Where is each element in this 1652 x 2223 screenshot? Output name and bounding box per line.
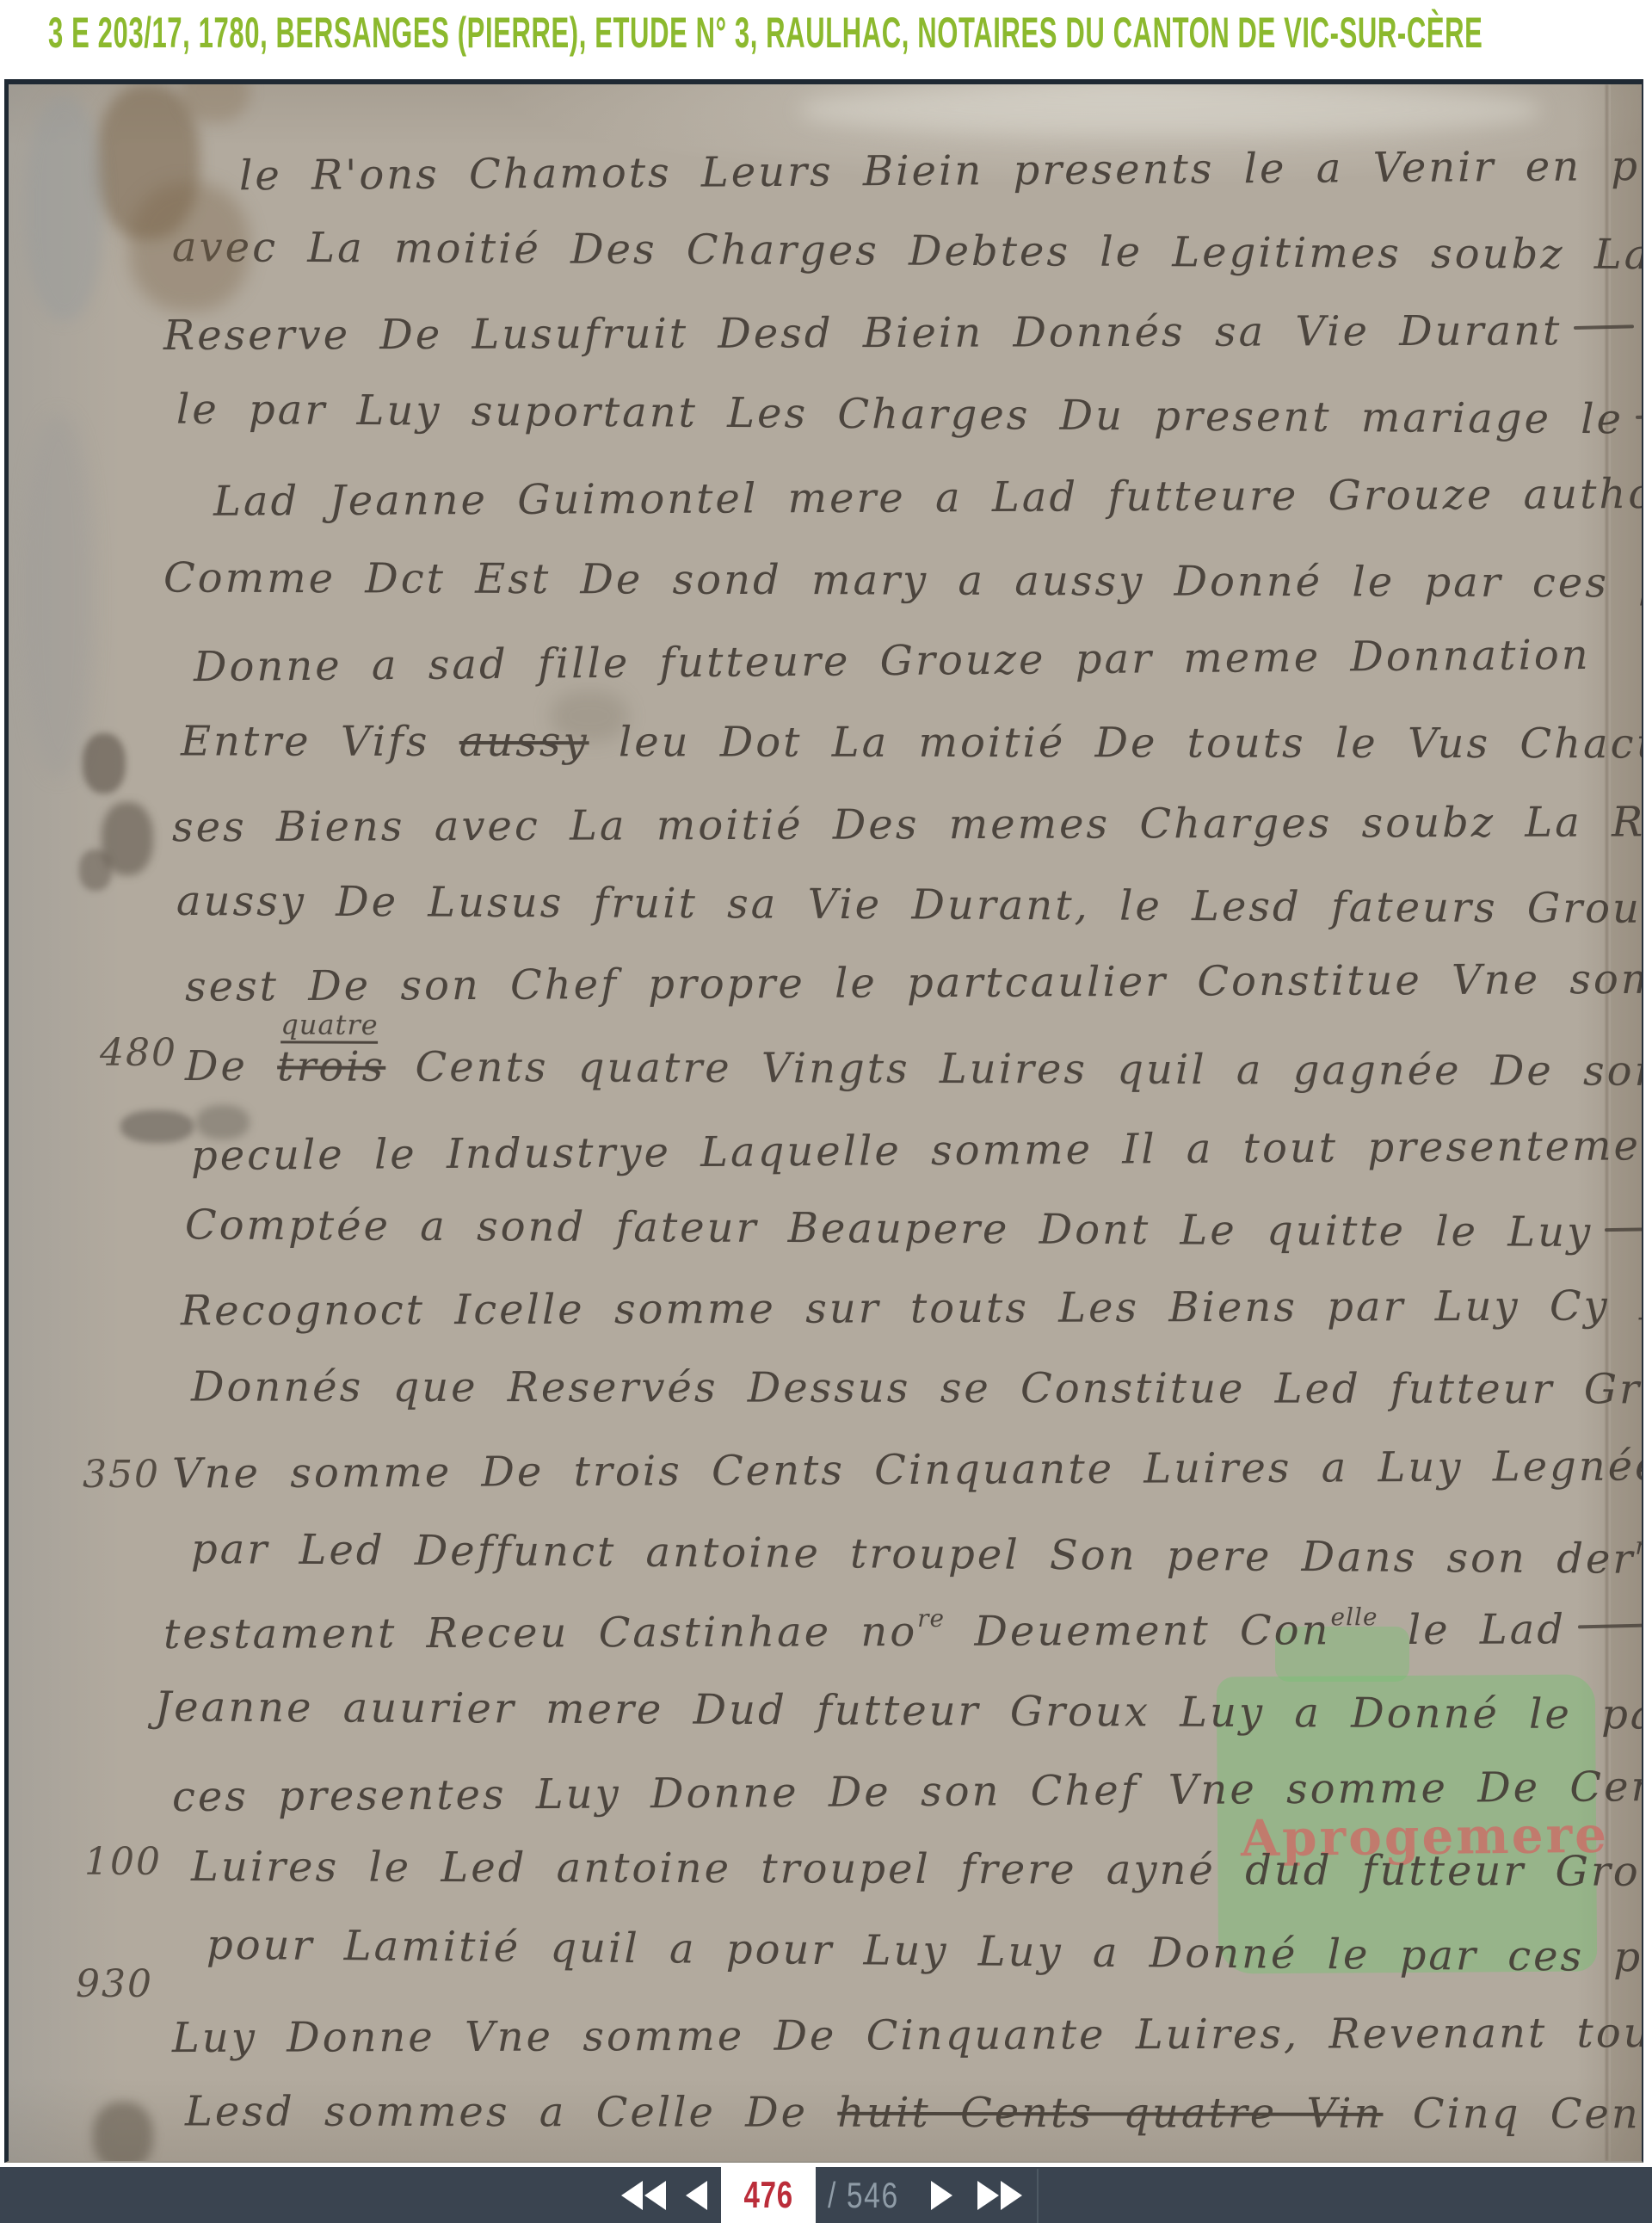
left-arrow-icon (686, 2181, 707, 2210)
manuscript-text: ces presentes Luy Donne De son Chef Vne … (172, 1763, 1642, 1821)
manuscript-text: Reserve De Lusufruit Desd Biein Donnés s… (163, 306, 1563, 360)
manuscript-line: Jeanne auurier mere Dud futteur Groux Lu… (155, 1683, 1642, 1738)
manuscript-text: De (185, 1042, 277, 1090)
manuscript-text: le Lad (1378, 1605, 1566, 1654)
manuscript-line: Recognoct Icelle somme sur touts Les Bie… (181, 1281, 1642, 1336)
manuscript-text: pecule le Industrye Laquelle somme Il a … (191, 1121, 1642, 1180)
double-right-arrow-icon (1001, 2181, 1022, 2210)
paper-stain (24, 415, 93, 776)
margin-amount: 350 (83, 1453, 160, 1497)
manuscript-line: testament Receu Castinhae nore Deuement … (163, 1602, 1642, 1658)
page-title: 3 E 203/17, 1780, BERSANGES (PIERRE), ET… (48, 8, 1482, 58)
current-page-value: 476 (743, 2174, 792, 2217)
first-page-button[interactable] (621, 2181, 666, 2210)
manuscript-line: Luires le Led antoine troupel frere ayné… (191, 1843, 1642, 1896)
manuscript-line: ces presentes Luy Donne De son Chef Vne … (172, 1763, 1642, 1821)
manuscript-line: ses Biens avec La moitié Des memes Charg… (172, 798, 1642, 852)
manuscript-text: trois (277, 1042, 385, 1090)
manuscript-text: Entre Vifs (181, 717, 459, 766)
paper-stain (26, 96, 103, 320)
manuscript-text: ses Biens avec La moitié Des memes Charg… (172, 798, 1642, 852)
manuscript-line: Comme Dct Est De sond mary a aussy Donné… (163, 554, 1642, 608)
pager-divider (1037, 2169, 1039, 2223)
document-scan[interactable]: Aprogemere le R'ons Chamots Leurs Biein … (9, 84, 1642, 2161)
manuscript-text: Donnés que Reservés Dessus se Constitue … (191, 1362, 1642, 1413)
last-page-button[interactable] (977, 2181, 1022, 2210)
line-flourish-dash (1605, 1226, 1642, 1232)
line-flourish-dash (1636, 414, 1642, 419)
manuscript-text: par Led Deffunct antoine troupel Son per… (191, 1525, 1636, 1584)
page-number-input[interactable]: 476 (721, 2167, 816, 2223)
paper-stain (800, 84, 1540, 136)
double-left-arrow-icon (621, 2181, 643, 2210)
image-viewer[interactable]: Aprogemere le R'ons Chamots Leurs Biein … (4, 79, 1643, 2163)
manuscript-text: Cents quatre Vingts Luires quil a gagnée… (385, 1043, 1642, 1096)
manuscript-line: par Led Deffunct antoine troupel Son per… (191, 1522, 1642, 1584)
manuscript-text: re (917, 1604, 945, 1633)
manuscript-text: sest De son Chef propre le partcaulier C… (185, 954, 1642, 1010)
margin-amount: 100 (84, 1840, 162, 1884)
manuscript-line: aussy De Lusus fruit sa Vie Durant, le L… (176, 877, 1642, 934)
manuscript-line: Donne a sad fille futteure Grouze par me… (194, 631, 1591, 691)
manuscript-line: Reserve De Lusufruit Desd Biein Donnés s… (163, 306, 1635, 360)
line-flourish-dash (1574, 324, 1634, 330)
manuscript-text: avec La moitié Des Charges Debtes le Leg… (172, 223, 1642, 279)
manuscript-text: Jeanne auurier mere Dud futteur Groux Lu… (155, 1683, 1642, 1738)
manuscript-line: Lad Jeanne Guimontel mere a Lad futteure… (213, 469, 1642, 525)
manuscript-line: Lesd sommes a Celle De huit Cents quatre… (185, 2087, 1642, 2138)
margin-amount: 930 (76, 1962, 153, 2006)
manuscript-line: Luy Donne Vne somme De Cinquante Luires,… (172, 2009, 1642, 2062)
manuscript-text: re (1635, 1532, 1642, 1560)
manuscript-line: Entre Vifs aussy leu Dot La moitié De to… (181, 717, 1642, 768)
manuscript-line: Donnés que Reservés Dessus se Constitue … (191, 1362, 1642, 1413)
manuscript-text: aussy (459, 718, 589, 766)
manuscript-text: Comme Dct Est De sond mary a aussy Donné… (163, 554, 1642, 608)
manuscript-text: huit Cents quatre Vin (837, 2089, 1383, 2138)
double-left-arrow-icon (644, 2181, 666, 2210)
next-page-button[interactable] (931, 2181, 952, 2210)
manuscript-text: Luires le Led antoine troupel frere ayné… (191, 1843, 1642, 1896)
manuscript-text: Lesd sommes a Celle De (185, 2087, 837, 2136)
margin-amount: 480 (100, 1031, 177, 1075)
manuscript-line: pecule le Industrye Laquelle somme Il a … (191, 1121, 1642, 1180)
manuscript-line: sest De son Chef propre le partcaulier C… (185, 954, 1642, 1010)
manuscript-text: elle (1330, 1602, 1378, 1631)
manuscript-text: Lad Jeanne Guimontel mere a Lad futteure… (213, 469, 1642, 525)
manuscript-text: Recognoct Icelle somme sur touts Les Bie… (181, 1281, 1642, 1336)
manuscript-text: Comptée a sond fateur Beaupere Dont Le q… (185, 1201, 1593, 1257)
manuscript-text: le R'ons Chamots Leurs Biein presents le… (239, 141, 1642, 201)
line-flourish-dash (1578, 1623, 1642, 1629)
manuscript-text: Deuement Con (945, 1606, 1331, 1656)
manuscript-line: De quatretrois Cents quatre Vingts Luire… (185, 1042, 1642, 1096)
paper-stain (83, 733, 126, 793)
manuscript-text: Cinq Cents (1383, 2090, 1642, 2139)
manuscript-text: aussy De Lusus fruit sa Vie Durant, le L… (176, 877, 1642, 933)
manuscript-text: testament Receu Castinhae no (163, 1608, 917, 1658)
paper-stain (93, 2102, 153, 2161)
manuscript-text: Vne somme De trois Cents Cinquante Luire… (172, 1442, 1642, 1497)
paper-stain (181, 84, 250, 122)
double-right-arrow-icon (977, 2181, 999, 2210)
right-arrow-icon (931, 2181, 952, 2210)
pager-bar: 476 / 546 (0, 2167, 1652, 2223)
manuscript-line: Comptée a sond fateur Beaupere Dont Le q… (185, 1201, 1642, 1257)
previous-page-button[interactable] (686, 2181, 707, 2210)
manuscript-correction: quatretrois (277, 1042, 385, 1090)
paper-stain (79, 849, 112, 891)
manuscript-text: leu Dot La moitié De touts le Vus Chacun… (589, 718, 1642, 768)
manuscript-line: le R'ons Chamots Leurs Biein presents le… (239, 141, 1642, 201)
manuscript-text: Luy Donne Vne somme De Cinquante Luires,… (172, 2009, 1642, 2062)
manuscript-line: le par Luy suportant Les Charges Du pres… (176, 386, 1642, 445)
paper-stain (120, 1110, 194, 1143)
manuscript-line: avec La moitié Des Charges Debtes le Leg… (172, 223, 1642, 280)
paper-stain (96, 84, 200, 239)
manuscript-text: Donne a sad fille futteure Grouze par me… (194, 631, 1591, 691)
total-pages-label: / 546 (828, 2167, 899, 2223)
paper-stain (102, 802, 153, 875)
manuscript-text: le par Luy suportant Les Charges Du pres… (176, 386, 1624, 444)
manuscript-line: Vne somme De trois Cents Cinquante Luire… (172, 1442, 1642, 1497)
interline-insert: quatre (280, 1008, 378, 1043)
